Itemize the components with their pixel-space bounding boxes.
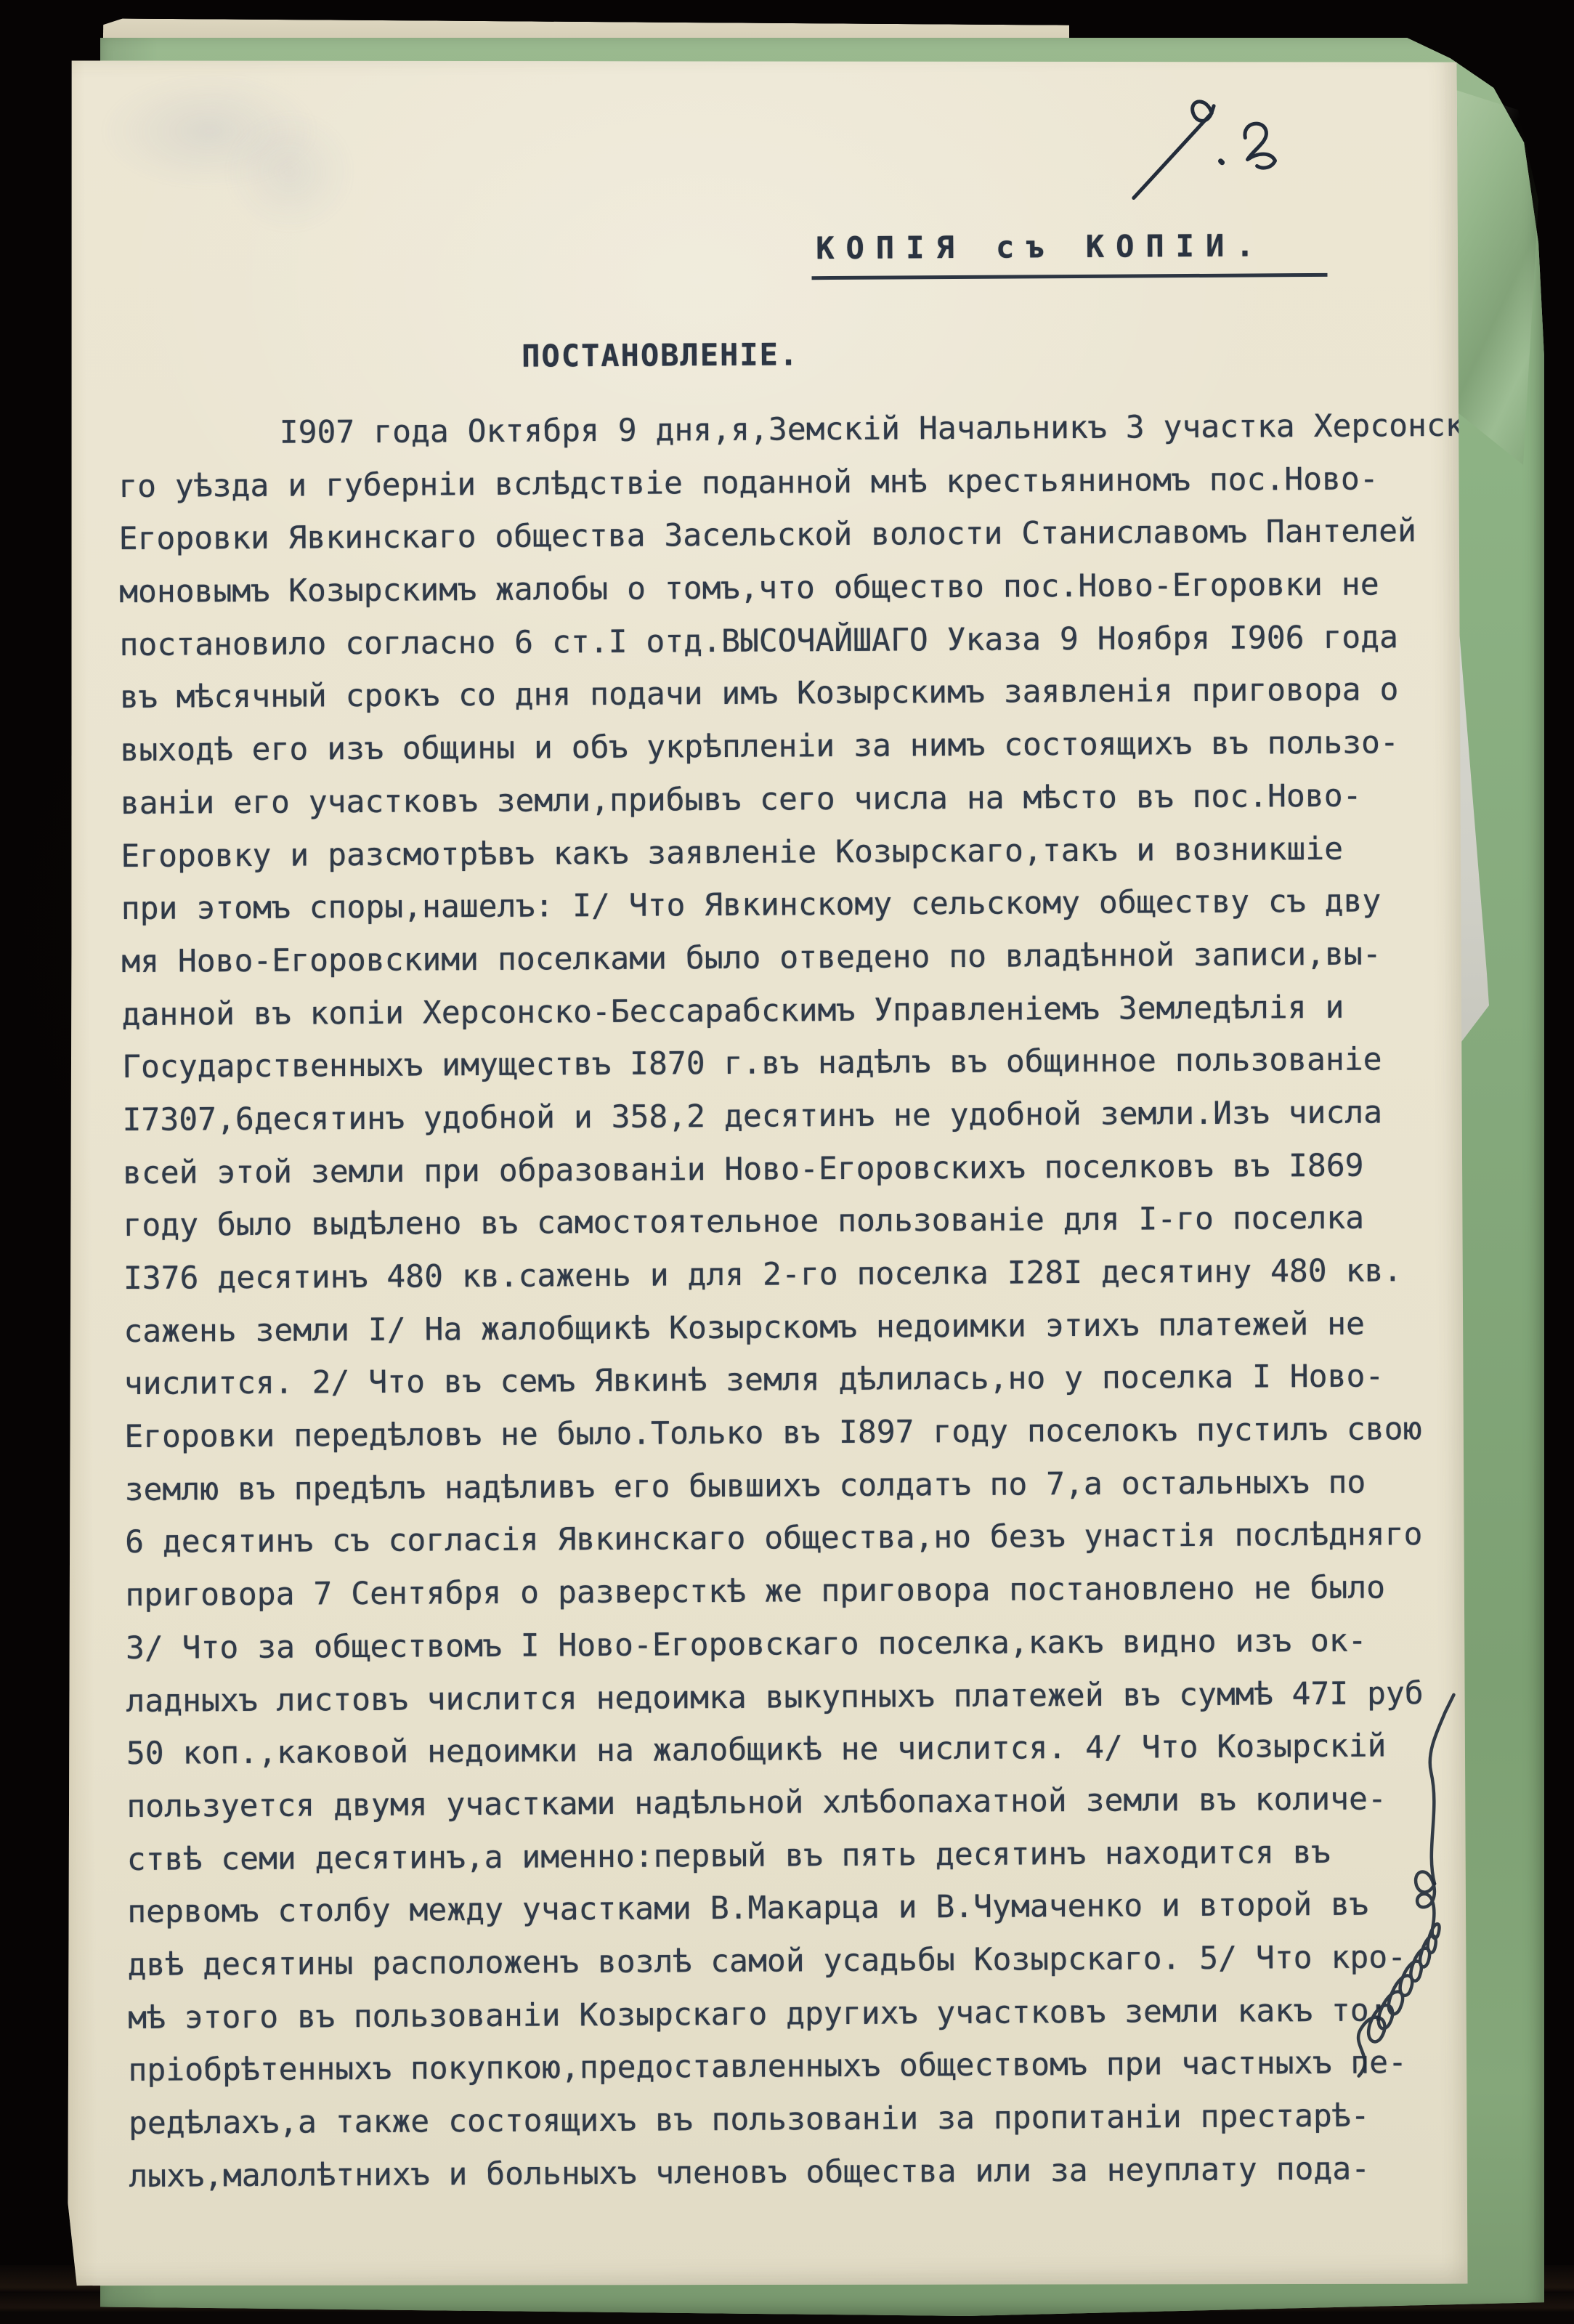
body-line: сажень земли I/ На жалобщикѣ Козырскомъ … [123, 1297, 1453, 1359]
body-line: числится. 2/ Что въ семъ Явкинѣ земля дѣ… [124, 1350, 1453, 1411]
body-line: ладныхъ листовъ числится недоимка выкупн… [126, 1667, 1455, 1728]
body-line: данной въ копіи Херсонско-Бессарабскимъ … [121, 980, 1451, 1041]
body-line: мѣ этого въ пользованіи Козырскаго други… [128, 1983, 1457, 2044]
body-line: 3/ Что за обществомъ I Ново-Егоровскаго … [126, 1614, 1455, 1675]
body-line: при этомъ споры,нашелъ: I/ Что Явкинском… [121, 875, 1451, 936]
body-line: моновымъ Козырскимъ жалобы о томъ,что об… [119, 558, 1448, 619]
body-line: I7307,6десятинъ удобной и 358,2 десятинъ… [122, 1086, 1451, 1147]
body-line: I376 десятинъ 480 кв.сажень и для 2-го п… [123, 1244, 1453, 1305]
body-line: ствѣ семи десятинъ,а именно:первый въ пя… [127, 1825, 1456, 1886]
body-line: Егоровки Явкинскаго общества Засельской … [118, 505, 1448, 566]
body-line: I907 года Октября 9 дня,я,Земскій Началь… [118, 400, 1448, 461]
body-line: го уѣзда и губерніи вслѣдствіе поданной … [118, 453, 1448, 514]
body-line: 50 коп.,каковой недоимки на жалобщикѣ не… [126, 1720, 1456, 1781]
handwritten-margin-signature [1343, 1669, 1469, 2120]
body-line: первомъ столбу между участками В.Макарца… [127, 1878, 1456, 1939]
document-page: КОПІЯ съ КОПІИ. ПОСТАНОВЛЕНІЕ. I907 года… [49, 52, 1471, 2293]
document-header: КОПІЯ съ КОПІИ. [811, 227, 1327, 280]
body-line: пользуется двумя участками надѣльной хлѣ… [126, 1773, 1456, 1834]
body-line: приговора 7 Сентября о разверсткѣ же при… [125, 1561, 1454, 1622]
handwritten-number-annotation [1119, 91, 1308, 223]
body-line: редѣлахъ,а также состоящихъ въ пользован… [129, 2089, 1458, 2150]
body-line: землю въ предѣлъ надѣливъ его бывшихъ со… [124, 1456, 1453, 1517]
body-line: постановило согласно 6 ст.I отд.ВЫСОЧАЙШ… [119, 611, 1448, 672]
faint-embossed-stamp [224, 110, 355, 234]
body-line: всей этой земли при образованіи Ново-Его… [123, 1138, 1452, 1199]
body-line: году было выдѣлено въ самостоятельное по… [123, 1191, 1452, 1252]
body-line: мя Ново-Егоровскими поселками было отвед… [121, 928, 1451, 989]
body-line: двѣ десятины расположенъ возлѣ самой уса… [127, 1931, 1456, 1992]
body-line: 6 десятинъ съ согласія Явкинскаго общест… [125, 1508, 1454, 1569]
body-line: Егоровки передѣловъ не было.Только въ I8… [124, 1403, 1453, 1464]
document-body: I907 года Октября 9 дня,я,Земскій Началь… [118, 400, 1459, 2203]
body-line: ваніи его участковъ земли,прибывъ сего ч… [121, 769, 1450, 830]
body-line: лыхъ,малолѣтнихъ и больныхъ членовъ обще… [129, 2142, 1458, 2203]
body-line: въ мѣсячный срокъ со дня подачи имъ Козы… [120, 663, 1449, 724]
body-line: пріобрѣтенныхъ покупкою,предоставленныхъ… [128, 2036, 1457, 2097]
body-line: выходѣ его изъ общины и объ укрѣпленіи з… [120, 716, 1449, 777]
document-title: ПОСТАНОВЛЕНІЕ. [522, 336, 799, 373]
body-line: Егоровку и разсмотрѣвъ какъ заявленіе Ко… [121, 822, 1450, 883]
body-line: Государственныхъ имуществъ I870 г.въ над… [122, 1033, 1451, 1094]
